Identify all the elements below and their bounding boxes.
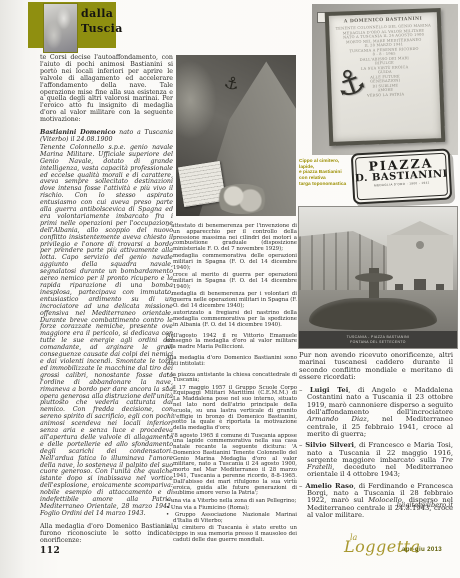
magazine-logo: la Loggetta apr-giu 2013 [336, 533, 458, 567]
col1-paragraph-3: Alla medaglia d'oro Domenico Bastianini … [40, 524, 173, 545]
anchor-icon: ⚓ [222, 73, 242, 96]
section-title-line2: Tuscia [81, 21, 123, 36]
section-title: dalla Tuscia [81, 6, 123, 36]
street-sign: PIAZZA D. BASTIANINI MEDAGLIA D'ORO · 19… [351, 148, 453, 204]
section-title-line1: dalla [81, 6, 123, 21]
dedication-item: la piazza antistante la chiesa concatted… [166, 373, 297, 385]
column-1: te Corsi decise l'autoaffondamento, con … [40, 55, 173, 551]
fountain-bowl [355, 273, 393, 282]
caption-line: targa toponomastica [299, 182, 355, 188]
street-sign-line1: PIAZZA [353, 156, 449, 174]
piazza-photo: TUSCANIA - PIAZZA BASTIANINI FONTANA DEL… [299, 207, 457, 348]
dedication-item: Al cimitero di Tuscania è stato eretto u… [166, 526, 297, 543]
author-email: luigitei@libero.it [299, 501, 453, 509]
piazza-photo-caption: TUSCANIA - PIAZZA BASTIANINI FONTANA DEL… [299, 331, 457, 348]
issue-date: apr-giu 2013 [402, 546, 442, 553]
fountain-basin [309, 298, 437, 330]
dedication-item: Gruppo Associazione Nazionale Marinai d'… [166, 513, 297, 525]
dedication-item: l'8 agosto 1965 il comune di Tuscania ap… [166, 434, 297, 498]
column-2: attestato di benemerenza per l'invenzion… [166, 224, 297, 549]
street-sign-subline: MEDAGLIA D'ORO · 1900 - 1941 [354, 180, 449, 190]
section-header-photo [44, 4, 77, 52]
lapide-photo: A DOMENICO BASTIANINI TENENTE COLONNELLO… [312, 4, 458, 155]
col3-intro: Pur non avendo ricevuto onorificenze, al… [299, 352, 453, 381]
dedication-item: il 17 maggio 1957 il Gruppo Scuole Corpo… [166, 386, 297, 432]
honor-item: croce al merito di guerra per operazioni… [166, 273, 297, 290]
street-sign-line2: D. BASTIANINI [354, 169, 449, 185]
photo-caption: Cippo al cimitero, lapide, e piazza Bast… [299, 159, 355, 188]
honors-postscript: Nell'agosto 1942 il re Vittorio Emanuele… [166, 334, 297, 351]
piazza-buildings [299, 231, 397, 299]
cippo-flowers [214, 184, 269, 215]
rose-window [416, 241, 424, 249]
dedication-item: una via a Viterbo nella zona di san Pell… [166, 499, 297, 505]
honors-list: attestato di benemerenza per l'invenzion… [166, 224, 297, 329]
honor-item: attestato di benemerenza per l'invenzion… [166, 224, 297, 253]
dedications-intro: Alla medaglia d'oro Domenico Bastianini … [166, 356, 297, 368]
fallen-sailor-item: Silvio Silveri, di Francesco e Maria Tos… [299, 442, 453, 478]
col1-citation: Tenente Colonnello s.p.e. genio navale M… [40, 145, 173, 518]
church-facade [387, 235, 453, 297]
column-3: Pur non avendo ricevuto onorificenze, al… [299, 352, 453, 523]
col1-paragraph-1: te Corsi decise l'autoaffondamento, con … [40, 55, 173, 124]
col1-lead: Bastianini Domenico nato a Tuscania (Vit… [40, 130, 173, 144]
dedication-item: Una via a Fiumicino (Roma); [166, 506, 297, 512]
memorial-plaque: A DOMENICO BASTIANINI TENENTE COLONNELLO… [325, 8, 446, 146]
cippo-photo: ⚓ [176, 55, 296, 216]
honor-item: medaglia di benemerenza per i volontari … [166, 292, 297, 309]
piazza-caption-line2: FONTANA DEL SETTECENTO [299, 340, 457, 345]
page-number: 112 [40, 546, 60, 556]
honor-item: autorizzato a fregiarsi del nastrino del… [166, 311, 297, 328]
fallen-sailor-item: Luigi Tei, di Angelo e Maddalena Costant… [299, 387, 453, 438]
honor-item: medaglia commemorativa delle operazioni … [166, 254, 297, 271]
dedications-list: la piazza antistante la chiesa concatted… [166, 373, 297, 544]
